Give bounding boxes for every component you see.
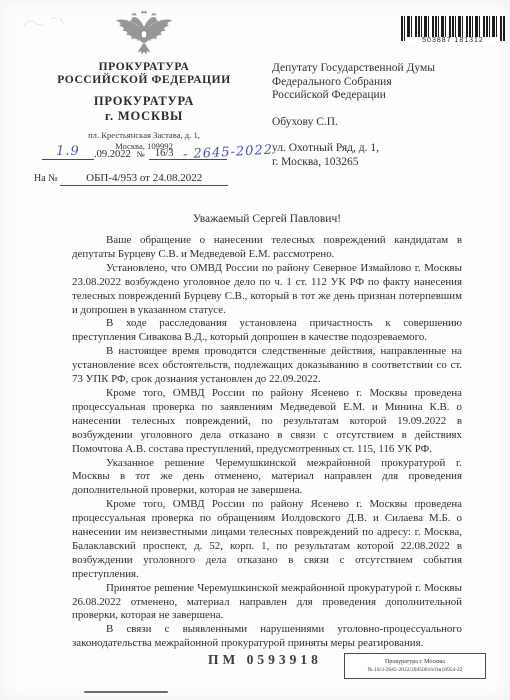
body-paragraph: В связи с выявленными нарушениями уголов… <box>72 623 462 651</box>
barcode: 503887 181312 <box>401 16 505 49</box>
recipient-name: Обухову С.П. <box>272 116 435 130</box>
body-paragraph: Кроме того, ОМВД России по району Ясенев… <box>72 387 462 457</box>
reference-value: ОБП-4/953 от 24.08.2022 <box>60 172 228 186</box>
form-number: ПМ 0593918 <box>208 652 322 668</box>
body-paragraph: Принятое решение Черемушкинской межрайон… <box>72 582 462 624</box>
body-paragraph: Установлено, что ОМВД России по району С… <box>72 262 462 318</box>
letterhead: ПРОКУРАТУРА РОССИЙСКОЙ ФЕДЕРАЦИИ ПРОКУРА… <box>40 10 248 152</box>
outgoing-number: 16/3- 2645-2022 <box>149 148 227 160</box>
coat-of-arms-eagle-icon <box>111 10 177 57</box>
printed-date: .09.2022 <box>94 149 131 160</box>
recipient-block: Депутату Государственной Думы Федерально… <box>272 62 435 169</box>
org-address-line1: пл. Крестьянская Застава, д. 1, <box>40 130 248 141</box>
recipient-line1: Депутату Государственной Думы <box>272 62 435 76</box>
org-name-moscow-line2: г. МОСКВЫ <box>40 109 248 123</box>
reference-label: На № <box>34 173 58 184</box>
date-number-row: 1.9.09.2022№16/3- 2645-2022 <box>42 144 282 164</box>
registration-stamp: Прокуратура г. Москвы № 16/3-2645-2022/2… <box>344 653 486 679</box>
body-paragraphs: Ваше обращение о нанесении телесных повр… <box>72 234 462 651</box>
body-paragraph: Кроме того, ОМВД России по району Ясенев… <box>72 498 462 581</box>
scan-artifact-line <box>84 691 168 693</box>
org-name-federation-line1: ПРОКУРАТУРА <box>40 61 248 74</box>
recipient-line3: Российской Федерации <box>272 89 435 103</box>
org-name-federation-line2: РОССИЙСКОЙ ФЕДЕРАЦИИ <box>40 74 248 87</box>
scanned-letter-page: ПРОКУРАТУРА РОССИЙСКОЙ ФЕДЕРАЦИИ ПРОКУРА… <box>0 0 510 700</box>
reference-row: На № ОБП-4/953 от 24.08.2022 <box>34 172 228 186</box>
body-paragraph: В настоящее время проводятся следственны… <box>72 345 462 387</box>
stamp-registration-number: № 16/3-2645-2022/20450016/Он18954-22 <box>345 666 485 674</box>
barcode-digits: 503887 181312 <box>406 37 500 44</box>
body-paragraph: Ваше обращение о нанесении телесных повр… <box>72 234 462 262</box>
body-paragraph: Указанное решение Черемушкинской межрайо… <box>72 457 462 499</box>
org-name-moscow-line1: ПРОКУРАТУРА <box>40 94 248 108</box>
recipient-line2: Федерального Собрания <box>272 76 435 90</box>
recipient-address-line2: г. Москва, 103265 <box>272 156 435 170</box>
body-paragraph: В ходе расследования установлена причаст… <box>72 317 462 345</box>
stamp-org-name: Прокуратура г. Москвы <box>345 658 485 666</box>
recipient-address-line1: ул. Охотный Ряд, д. 1, <box>272 142 435 156</box>
handwritten-date-day: 1.9 <box>42 144 94 160</box>
salutation: Уважаемый Сергей Павлович! <box>72 213 462 225</box>
handwritten-number: - 2645-2022 <box>183 143 274 163</box>
number-sign: № <box>137 149 145 159</box>
